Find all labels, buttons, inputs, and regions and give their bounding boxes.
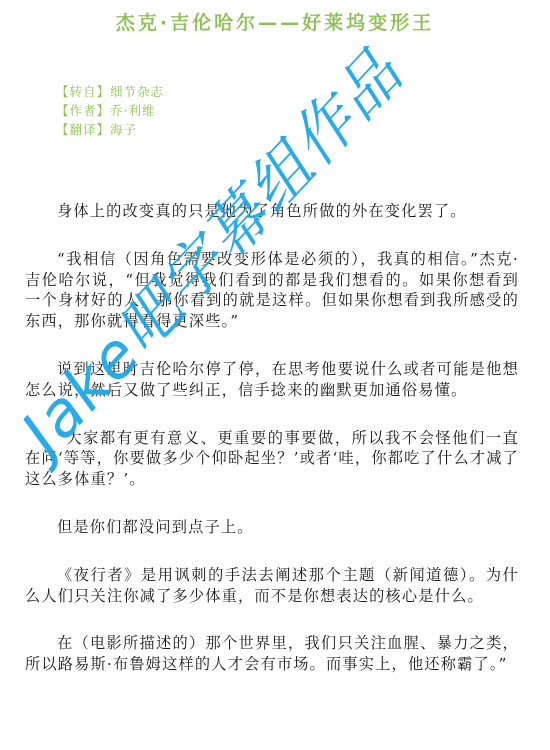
meta-author: 【作者】乔·利维 bbox=[56, 101, 164, 120]
paragraph: 《夜行者》是用讽刺的手法去阐述那个主题（新闻道德）。为什么人们只关注你减了多少体… bbox=[25, 565, 519, 607]
paragraph: 身体上的改变真的只是他为了角色所做的外在变化罢了。 bbox=[25, 201, 519, 222]
paragraph: “我相信（因角色需要改变形体是必须的），我真的相信。”杰克·吉伦哈尔说，“但我觉… bbox=[25, 249, 519, 332]
meta-translator: 【翻译】海子 bbox=[56, 120, 164, 139]
meta-source-value: 细节杂志 bbox=[110, 84, 164, 99]
meta-source: 【转自】细节杂志 bbox=[56, 82, 164, 101]
paragraph: 在（电影所描述的）那个世界里，我们只关注血腥、暴力之类，所以路易斯·布鲁姆这样的… bbox=[25, 633, 519, 675]
meta-author-label: 【作者】 bbox=[56, 103, 110, 118]
meta-source-label: 【转自】 bbox=[56, 84, 110, 99]
article-title: 杰克·吉伦哈尔——好莱坞变形王 bbox=[0, 8, 550, 35]
paragraph: 但是你们都没问到点子上。 bbox=[25, 517, 519, 538]
paragraph: 说到这里时吉伦哈尔停了停，在思考他要说什么或者可能是他想怎么说，然后又做了些纠正… bbox=[25, 359, 519, 401]
article-body: 身体上的改变真的只是他为了角色所做的外在变化罢了。 “我相信（因角色需要改变形体… bbox=[25, 201, 519, 702]
meta-translator-value: 海子 bbox=[110, 122, 137, 137]
article-meta: 【转自】细节杂志 【作者】乔·利维 【翻译】海子 bbox=[56, 82, 164, 139]
meta-author-value: 乔·利维 bbox=[110, 103, 155, 118]
meta-translator-label: 【翻译】 bbox=[56, 122, 110, 137]
paragraph: “大家都有更有意义、更重要的事要做，所以我不会怪他们一直在问‘等等，你要做多少个… bbox=[25, 428, 519, 490]
